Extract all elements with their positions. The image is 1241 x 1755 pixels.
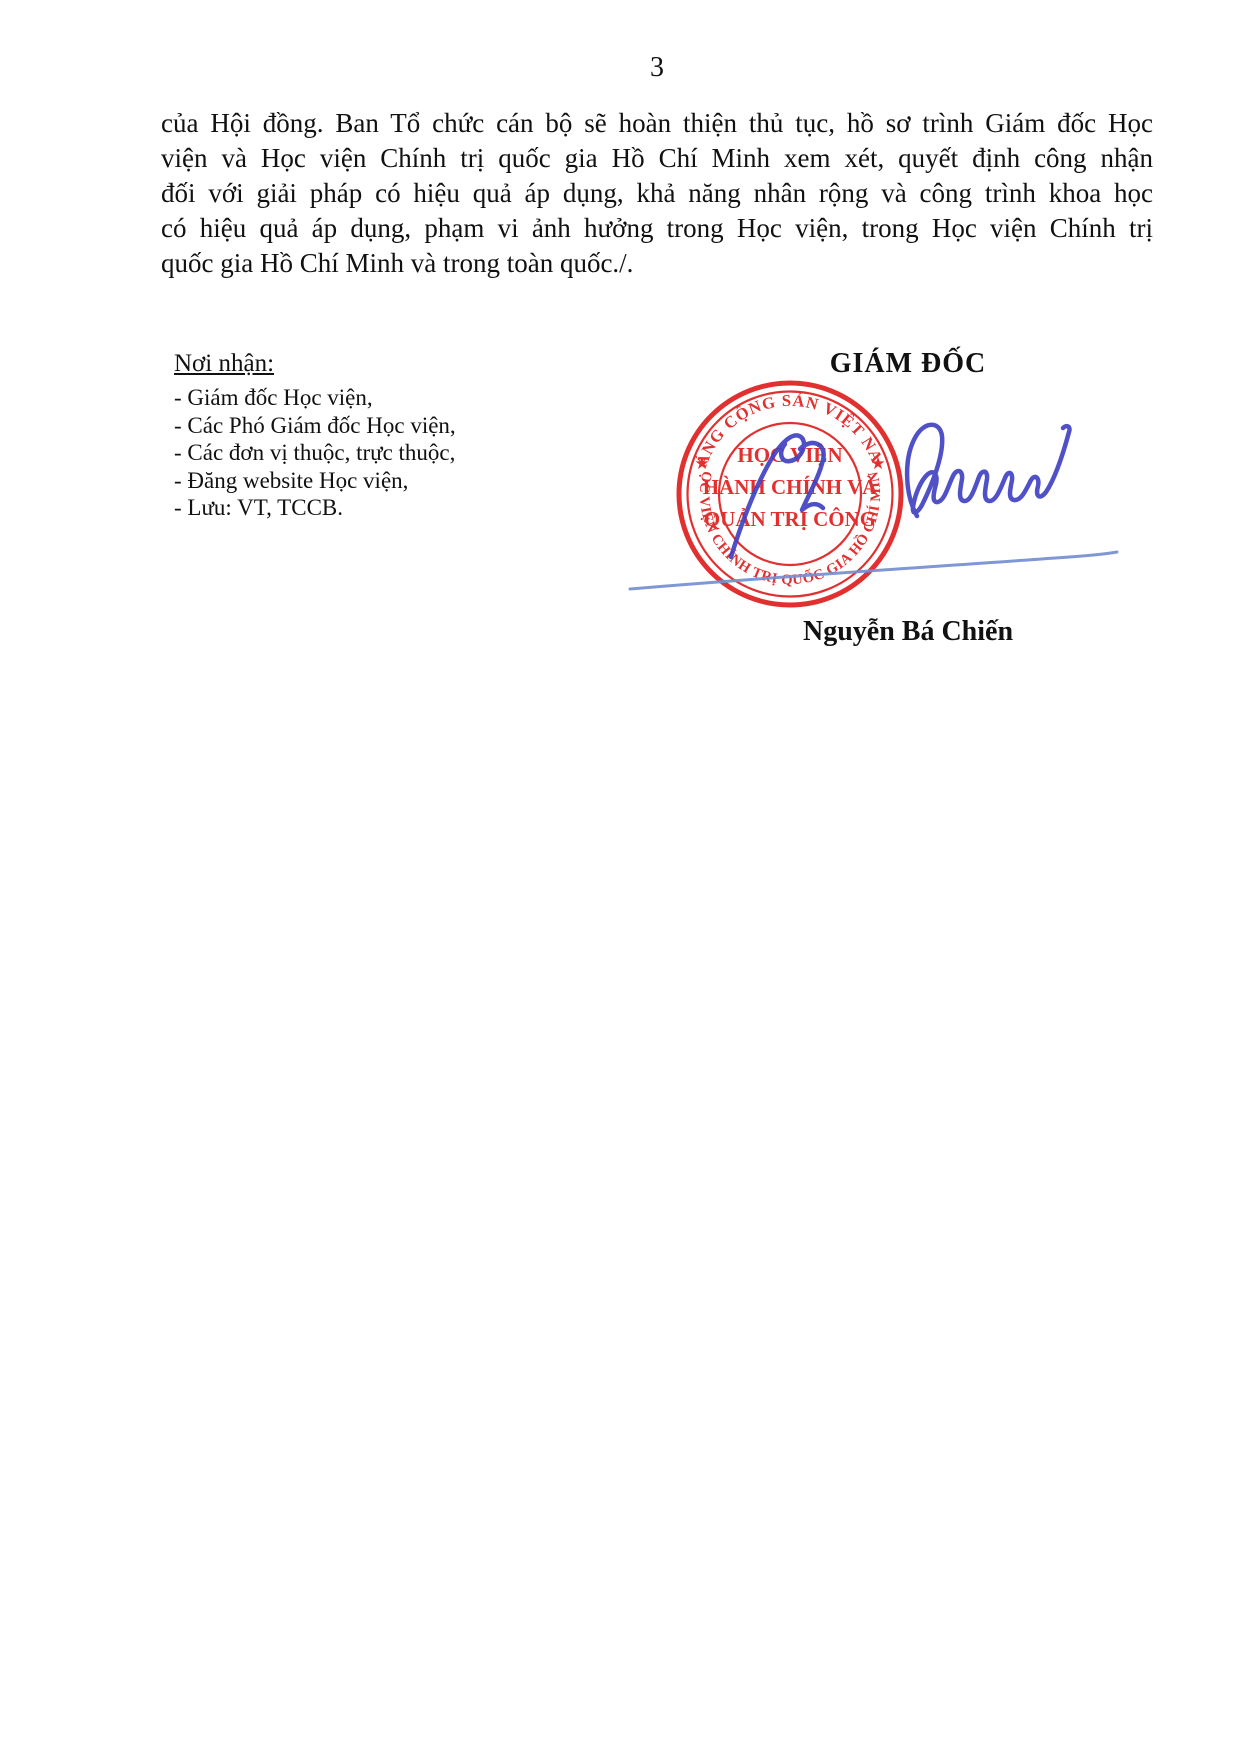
star-icon: ★ bbox=[694, 454, 709, 473]
signature-stroke bbox=[907, 425, 1069, 516]
recipients-item: - Đăng website Học viện, bbox=[174, 467, 594, 495]
stamp-inner-ring bbox=[719, 423, 861, 565]
recipients-item: - Lưu: VT, TCCB. bbox=[174, 494, 594, 522]
signature-underline bbox=[630, 552, 1117, 589]
handwritten-signature bbox=[630, 425, 1117, 589]
paragraph-line: của Hội đồng. Ban Tổ chức cán bộ sẽ hoàn… bbox=[161, 106, 1153, 141]
star-icon: ★ bbox=[870, 454, 885, 473]
signature-stroke bbox=[800, 443, 824, 510]
recipients-item: - Các đơn vị thuộc, trực thuộc, bbox=[174, 439, 594, 467]
recipients-item: - Giám đốc Học viện, bbox=[174, 384, 594, 412]
document-page: 3 của Hội đồng. Ban Tổ chức cán bộ sẽ ho… bbox=[0, 0, 1241, 1755]
stamp-center-line: HỌC VIỆN bbox=[737, 443, 842, 467]
page-number: 3 bbox=[161, 52, 1153, 84]
stamp-outer-ring bbox=[679, 383, 901, 605]
signer-title: GIÁM ĐỐC bbox=[758, 348, 1058, 380]
signer-name: Nguyễn Bá Chiến bbox=[758, 616, 1058, 648]
recipients-item: - Các Phó Giám đốc Học viện, bbox=[174, 412, 594, 440]
stamp-center-line: HÀNH CHÍNH VÀ bbox=[703, 475, 878, 499]
paragraph-line: quốc gia Hồ Chí Minh và trong toàn quốc.… bbox=[161, 246, 1153, 281]
stamp-second-ring bbox=[688, 392, 893, 597]
stamp-center-line: QUẢN TRỊ CÔNG bbox=[704, 507, 876, 531]
paragraph-line: đối với giải pháp có hiệu quả áp dụng, k… bbox=[161, 176, 1153, 211]
recipients-block: Nơi nhận: - Giám đốc Học viện, - Các Phó… bbox=[174, 350, 594, 522]
recipients-heading: Nơi nhận: bbox=[174, 350, 594, 378]
signature-stroke bbox=[731, 435, 804, 557]
body-paragraph: của Hội đồng. Ban Tổ chức cán bộ sẽ hoàn… bbox=[161, 106, 1153, 281]
paragraph-line: có hiệu quả áp dụng, phạm vi ảnh hưởng t… bbox=[161, 211, 1153, 246]
paragraph-line: viện và Học viện Chính trị quốc gia Hồ C… bbox=[161, 141, 1153, 176]
